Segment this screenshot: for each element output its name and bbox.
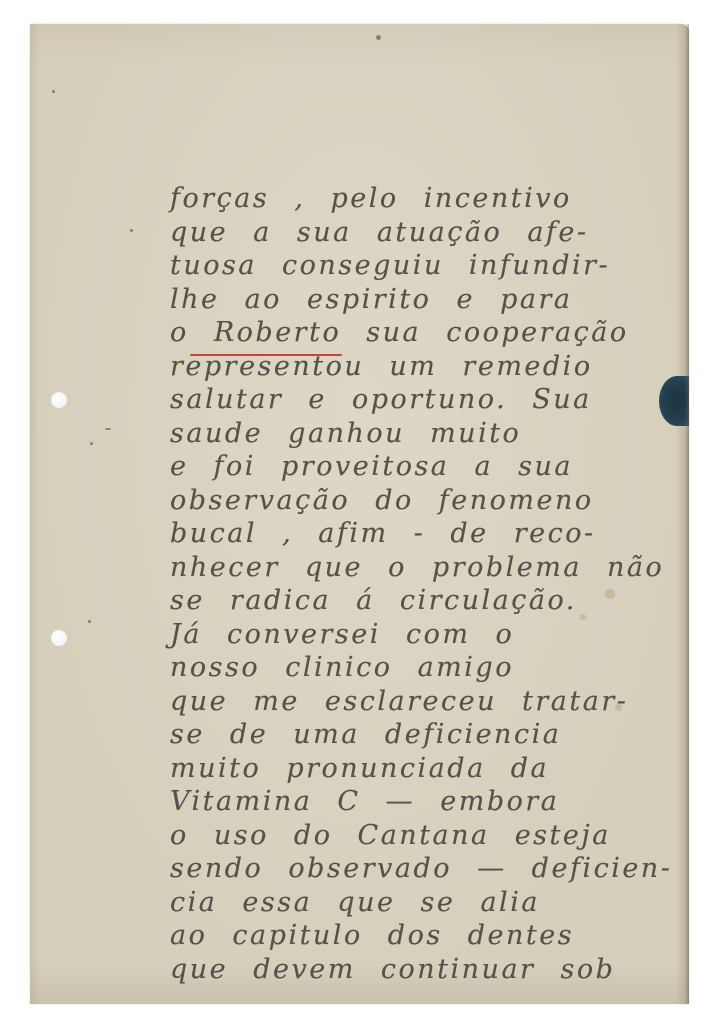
- punch-hole-bottom: [51, 630, 67, 646]
- text-line: o Roberto sua cooperação: [170, 316, 690, 350]
- letter-page: forças , pelo incentivo que a sua atuaçã…: [30, 24, 689, 1004]
- text-line: que devem continuar sob: [170, 953, 690, 987]
- text-line: Já conversei com o: [170, 618, 690, 652]
- paper-speck: [90, 442, 93, 445]
- text-line: nosso clinico amigo: [170, 651, 690, 685]
- text-line: salutar e oportuno. Sua: [170, 383, 690, 417]
- text-line: forças , pelo incentivo: [170, 182, 690, 216]
- paper-speck: [376, 35, 381, 40]
- text-line: que a sua atuação afe-: [170, 216, 690, 250]
- paper-speck: [105, 428, 111, 430]
- text-line: o uso do Cantana esteja: [170, 819, 690, 853]
- text-line: cia essa que se alia: [170, 886, 690, 920]
- text-line: sendo observado — deficien-: [170, 852, 690, 886]
- text-line: tuosa conseguiu infundir-: [170, 249, 690, 283]
- text-line: lhe ao espirito e para: [170, 283, 690, 317]
- text-line: nhecer que o problema não: [170, 551, 690, 585]
- paper-speck: [88, 620, 91, 623]
- punch-hole-top: [51, 392, 67, 408]
- text-line: e foi proveitosa a sua: [170, 450, 690, 484]
- text-line: saude ganhou muito: [170, 417, 690, 451]
- text-line: Vitamina C — embora: [170, 785, 690, 819]
- text-line: bucal , afim - de reco-: [170, 517, 690, 551]
- text-line: se radica á circulação.: [170, 584, 690, 618]
- paper-speck: [52, 90, 55, 93]
- text-line: representou um remedio: [170, 350, 690, 384]
- paper-speck: [130, 229, 133, 232]
- text-line: observação do fenomeno: [170, 484, 690, 518]
- text-line: ao capitulo dos dentes: [170, 919, 690, 953]
- text-line: que me esclareceu tratar-: [170, 685, 690, 719]
- text-line: se de uma deficiencia: [170, 718, 690, 752]
- handwritten-text: forças , pelo incentivo que a sua atuaçã…: [170, 182, 690, 986]
- text-line: muito pronunciada da: [170, 752, 690, 786]
